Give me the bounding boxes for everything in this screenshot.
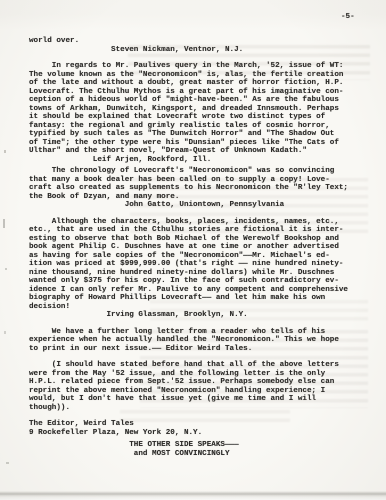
paper-speck — [6, 462, 9, 464]
paper-speck — [5, 268, 7, 270]
paper-speck — [4, 150, 6, 153]
section-heading: THE OTHER SIDE SPEAKS——— and MOST CONVIN… — [29, 441, 371, 458]
letters-column: world over. Steven Nickman, Ventnor, N.J… — [29, 37, 371, 458]
paper-speck — [4, 331, 6, 334]
page-bottom-edge — [0, 491, 386, 500]
letter-paragraph-glassman: Although the characters, books, places, … — [29, 218, 371, 312]
signature-glassman: Irving Glassman, Brooklyn, N.Y. — [29, 311, 371, 320]
paper-speck — [3, 219, 5, 228]
editorial-comment: (I should have stated before hand that a… — [29, 361, 371, 412]
signature-gatto: John Gatto, Uniontown, Pennsylvania — [29, 201, 371, 210]
signature-nickman: Steven Nickman, Ventnor, N.J. — [29, 46, 371, 55]
page-number: -5- — [341, 13, 355, 22]
letter-closing: world over. — [29, 37, 371, 46]
editor-address: The Editor, Weird Tales 9 Rockefeller Pl… — [29, 420, 371, 437]
signature-arjen: Leif Arjen, Rockford, Ill. — [29, 156, 371, 165]
scanned-letters-page: -5- world over. Steven Nickman, Ventnor,… — [0, 0, 386, 500]
letter-paragraph-arjen: In regards to Mr. Paulives query in the … — [29, 62, 371, 156]
editor-note: We have a further long letter from a rea… — [29, 328, 371, 354]
letter-paragraph-gatto: The chronology of Lovecraft's "Necronomi… — [29, 167, 371, 201]
